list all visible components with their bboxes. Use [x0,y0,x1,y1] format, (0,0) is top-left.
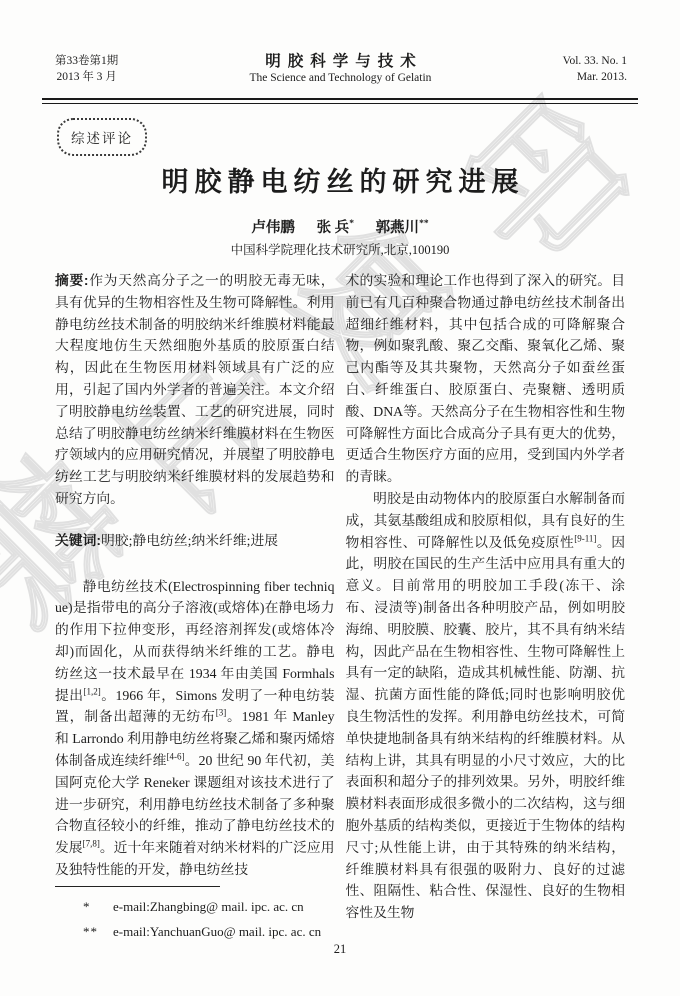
issue-date: 2013 年 3 月 [55,69,118,85]
keywords-paragraph: 关键词:明胶;静电纺丝;纳米纤维;进展 [55,530,335,552]
column-right: 术的实验和理论工作也得到了深入的研究。目前已有几百种聚合物通过静电纺丝技术制备出… [346,270,626,924]
page-number: 21 [0,942,680,957]
article-body: 摘要:作为天然高分子之一的明胶无毒无味，具有优异的生物相容性及生物可降解性。利用… [55,270,625,924]
issue-info: 第33卷第1期 2013 年 3 月 [55,53,118,85]
review-category-label: 综述评论 [71,131,133,146]
body-paragraph-gelatin: 明胶是由动物体内的胶原蛋白水解制备而成，其氨基酸组成和胶原相似，具有良好的生物相… [346,488,626,924]
volume-number: Vol. 33. No. 1 [563,53,627,69]
author-mark: * [349,219,354,229]
journal-title-block: 明胶科学与技术 The Science and Technology of Ge… [249,52,431,86]
author-name: 郭燕川 [376,220,420,236]
footnotes: * e-mail:Zhangbing@ mail. ipc. ac. cn **… [55,886,345,944]
journal-title-cn: 明胶科学与技术 [249,52,431,71]
column-left: 摘要:作为天然高分子之一的明胶无毒无味，具有优异的生物相容性及生物可降解性。利用… [55,270,335,924]
footnote-email-1: e-mail:Zhangbing@ mail. ipc. ac. cn [113,894,304,919]
footnote-email-2: e-mail:YanchuanGuo@ mail. ipc. ac. cn [113,919,321,944]
issue-number: 第33卷第1期 [55,53,118,69]
author-name: 卢伟鹏 [251,220,295,236]
body-paragraph-continuation: 术的实验和理论工作也得到了深入的研究。目前已有几百种聚合物通过静电纺丝技术制备出… [346,270,626,488]
footnote-item-1: * e-mail:Zhangbing@ mail. ipc. ac. cn [55,894,345,919]
author-1: 卢伟鹏 [251,220,295,236]
volume-date: Mar. 2013. [563,69,627,85]
footnote-marker: * [83,894,113,919]
body-paragraph-intro: 静电纺丝技术(Electrospinning fiber technique)是… [55,576,335,881]
footnote-rule [55,886,220,887]
header-divider-rule [42,98,638,104]
journal-title-en: The Science and Technology of Gelatin [249,71,431,86]
authors-line: 卢伟鹏 张 兵* 郭燕川** [0,216,680,237]
abstract-paragraph: 摘要:作为天然高分子之一的明胶无毒无味，具有优异的生物相容性及生物可降解性。利用… [55,270,335,510]
footnote-marker: ** [83,919,113,944]
footnote-item-2: ** e-mail:YanchuanGuo@ mail. ipc. ac. cn [55,919,345,944]
author-name: 张 兵 [317,220,350,236]
affiliation: 中国科学院理化技术研究所,北京,100190 [0,240,680,258]
masthead: 第33卷第1期 2013 年 3 月 明胶科学与技术 The Science a… [55,52,627,86]
author-3: 郭燕川** [376,220,429,236]
review-category-badge: 综述评论 [57,118,147,156]
author-2: 张 兵* [317,220,354,236]
author-mark: ** [419,219,429,229]
volume-info: Vol. 33. No. 1 Mar. 2013. [563,53,627,85]
journal-page: 禁止复印 第33卷第1期 2013 年 3 月 明胶科学与技术 The Scie… [0,0,680,996]
article-title: 明胶静电纺丝的研究进展 [0,160,680,199]
